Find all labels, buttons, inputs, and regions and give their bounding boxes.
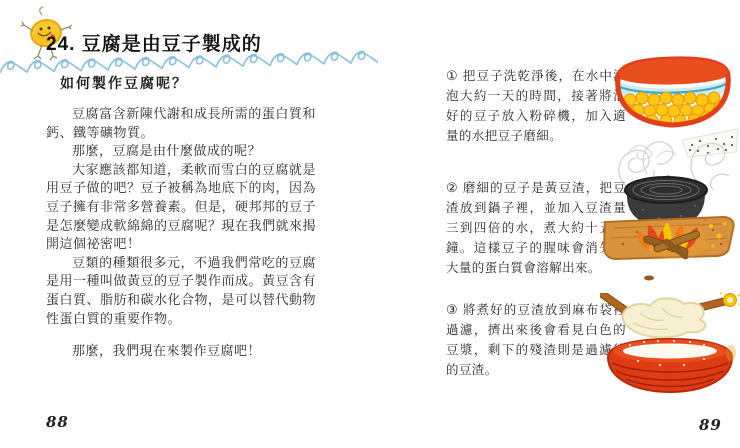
paragraph: 豆腐富含新陳代謝和成長所需的蛋白質和鈣、鐵等礦物質。 bbox=[46, 105, 316, 142]
boiling-pot-illustration bbox=[593, 132, 740, 282]
paragraph: 大家應該都知道，柔軟而雪白的豆腐就是用豆子做的吧？豆子被稱為地底下的肉，因為豆子… bbox=[46, 161, 316, 254]
paragraph: 豆類的種類很多元，不過我們常吃的豆腐是用一種叫做黃豆的豆子製作而成。黃豆含有蛋白… bbox=[46, 254, 316, 328]
step-3: ③將煮好的豆渣放到麻布袋裡過濾，擠出來後會看見白色的豆漿，剩下的殘渣則是過濾後的… bbox=[446, 300, 626, 380]
step-3-number: ③ bbox=[446, 302, 459, 317]
step-1-number: ① bbox=[446, 68, 459, 83]
paragraph: 那麼，我們現在來製作豆腐吧！ bbox=[46, 342, 316, 361]
paragraph: 那麼，豆腐是由什麼做成的呢？ bbox=[46, 142, 316, 161]
article-body: 豆腐富含新陳代謝和成長所需的蛋白質和鈣、鐵等礦物質。 那麼，豆腐是由什麼做成的呢… bbox=[46, 105, 316, 361]
section-heading: 如何製作豆腐呢？ bbox=[60, 73, 188, 93]
straining-bowl-illustration bbox=[600, 293, 740, 401]
step-3-text: 將煮好的豆渣放到麻布袋裡過濾，擠出來後會看見白色的豆漿，剩下的殘渣則是過濾後的豆… bbox=[446, 303, 626, 377]
page-number-left: 88 bbox=[46, 413, 69, 431]
book-spread: 24. 豆腐是由豆子製成的 如何製作豆腐呢？ 豆腐富含新陳代謝和成長所需的蛋白質… bbox=[0, 0, 740, 448]
page-number-right: 89 bbox=[699, 416, 722, 434]
step-2-number: ② bbox=[446, 180, 459, 195]
